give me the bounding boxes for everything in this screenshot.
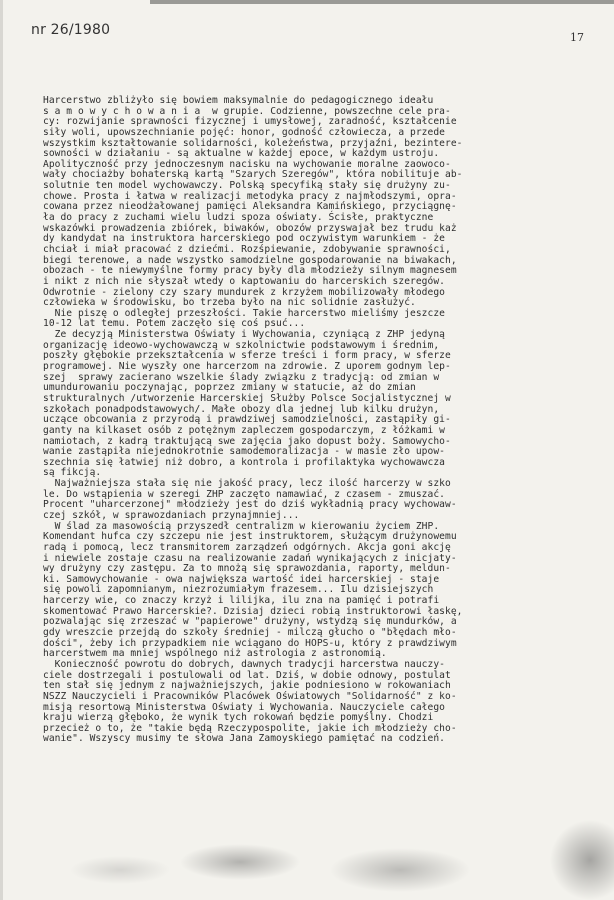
text-line: NSZZ Nauczycieli i Pracowników Placówek … — [43, 692, 603, 703]
scanned-page: nr 26/1980 17 Harcerstwo zbliżyło się bo… — [0, 0, 614, 900]
text-line: i nikt z nich nie słyszał wtedy o kaptow… — [43, 277, 603, 288]
text-line: siły woli, upowszechnianie pojęć: honor,… — [43, 128, 603, 139]
scan-left-edge — [0, 0, 3, 900]
text-line: szechnia się łatwiej niż dobro, a kontro… — [43, 458, 603, 469]
text-line: strukturalnych /utworzenie Harcerskiej S… — [43, 394, 603, 405]
text-line: Konieczność powrotu do dobrych, dawnych … — [43, 660, 603, 671]
issue-number: nr 26/1980 — [31, 22, 110, 38]
text-line: chciał i miał pracować z dziećmi. Rozśpi… — [43, 245, 603, 256]
page-number: 17 — [570, 31, 584, 44]
text-line: ganty na kilkaset osób z potężnym zaplec… — [43, 426, 603, 437]
article-body: Harcerstwo zbliżyło się bowiem maksymaln… — [43, 96, 603, 745]
text-line: wanie". Wszyscy musimy te słowa Jana Zam… — [43, 734, 603, 745]
scan-top-edge — [150, 0, 614, 4]
text-line: radą i pomocą, lecz transmitorem zarządz… — [43, 543, 603, 554]
